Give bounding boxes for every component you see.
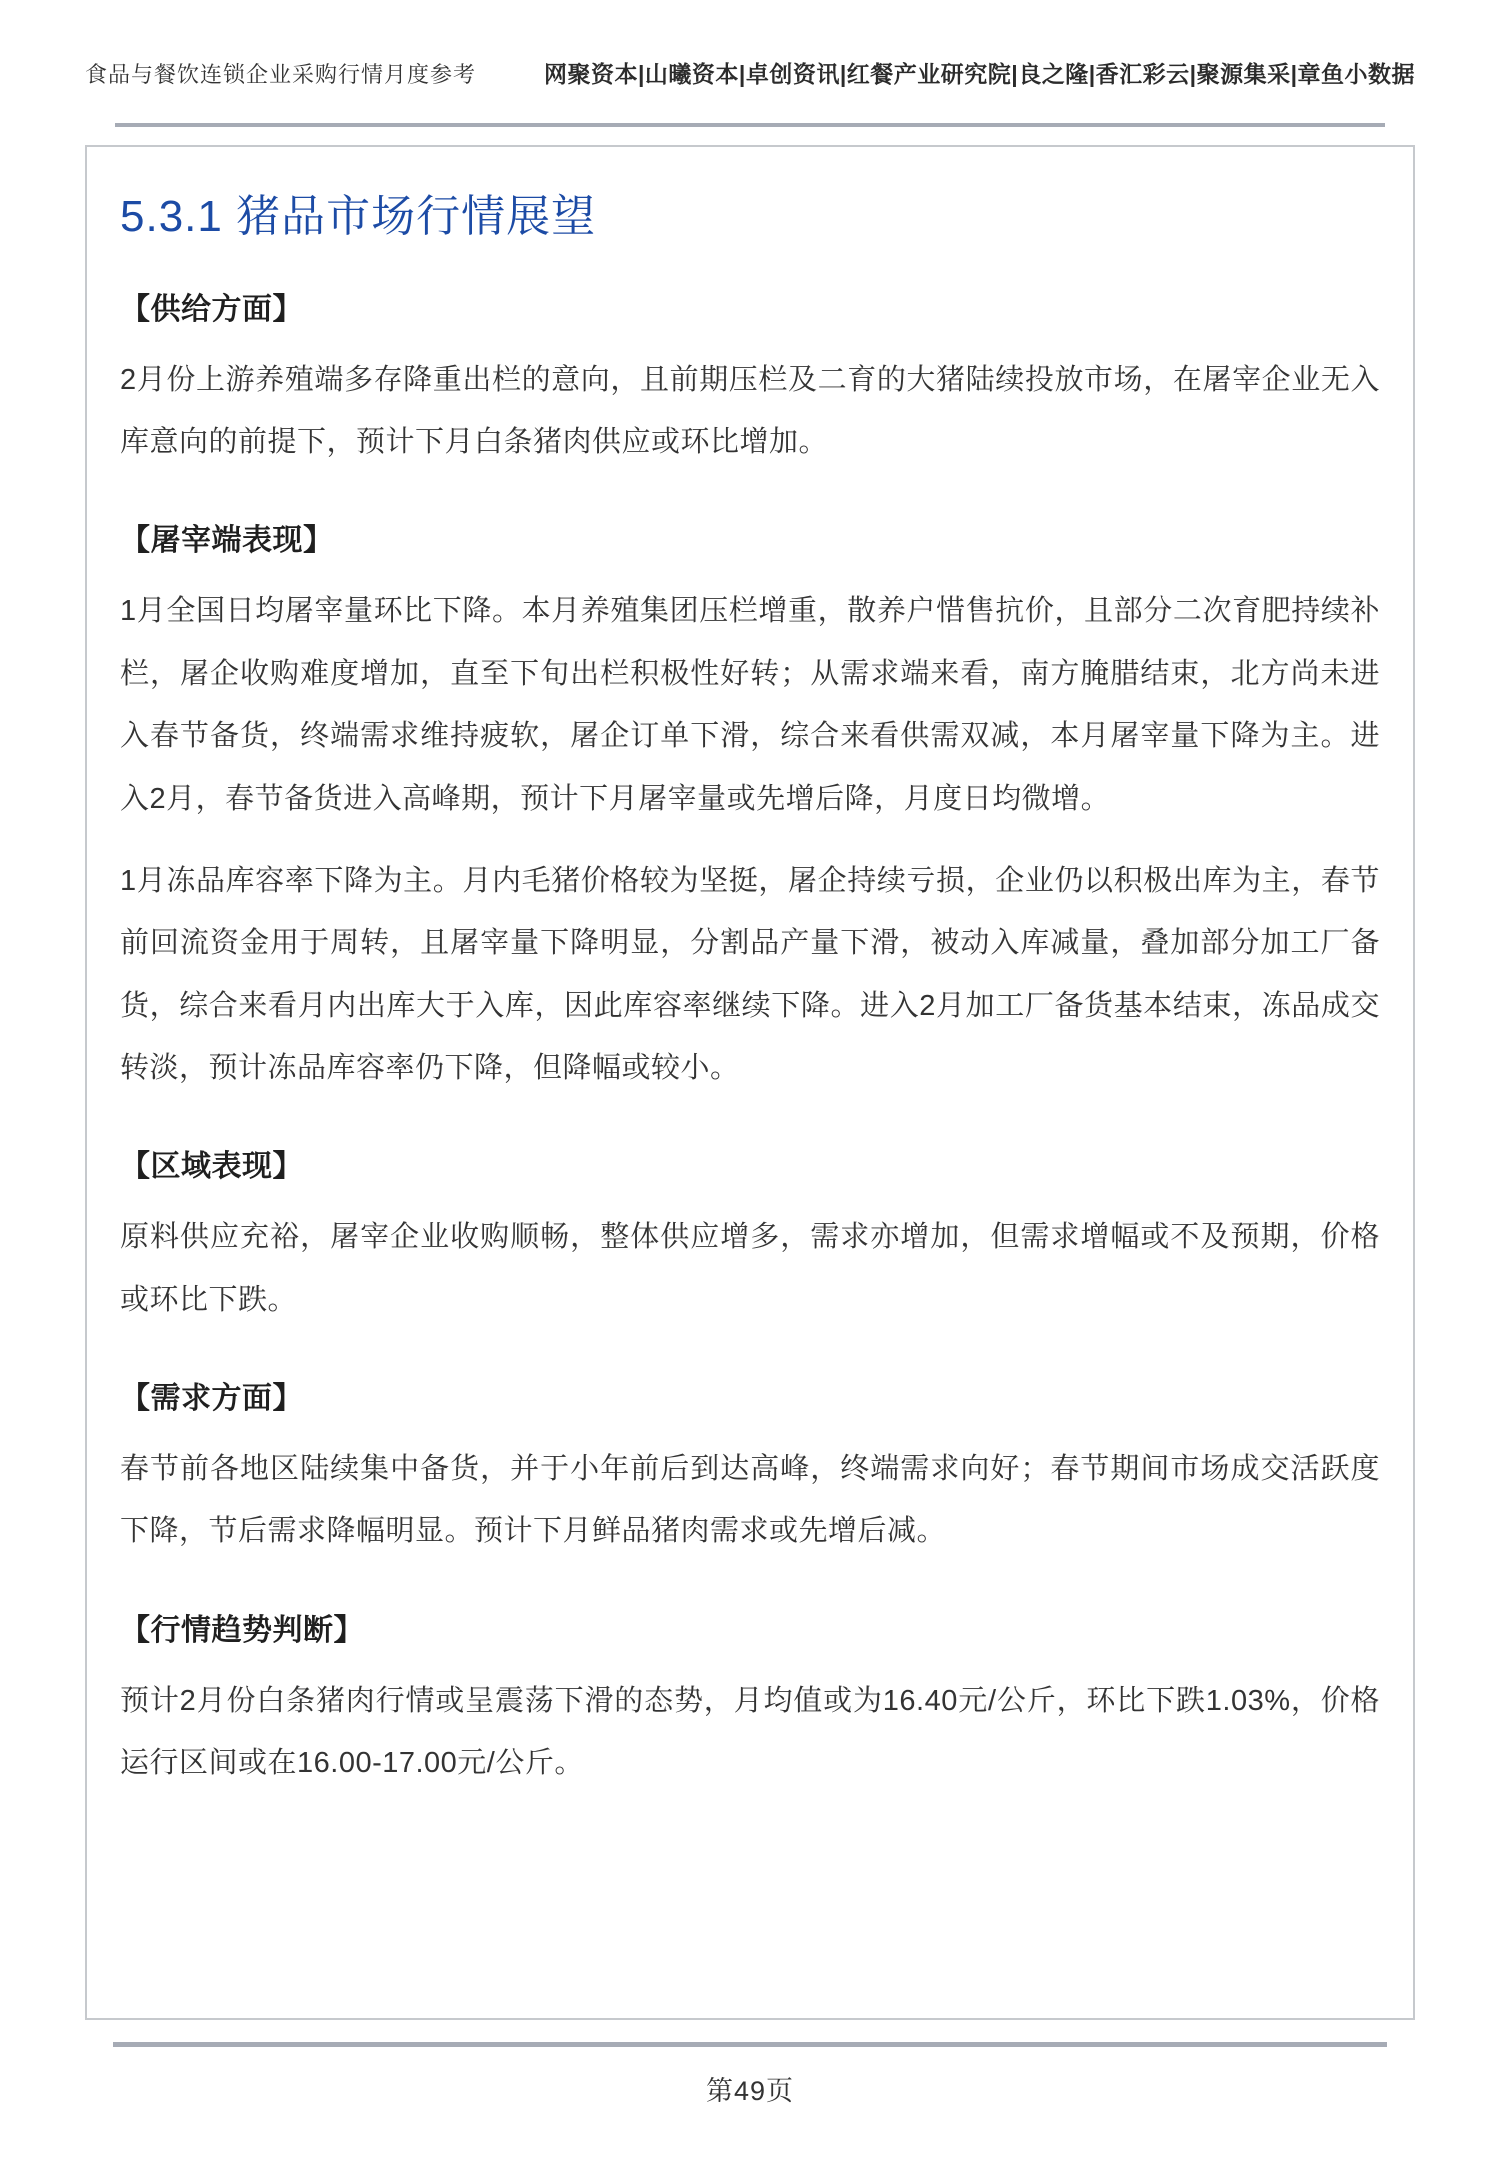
paragraph: 1月全国日均屠宰量环比下降。本月养殖集团压栏增重，散养户惜售抗价，且部分二次育肥… [120, 580, 1380, 829]
section-supply: 【供给方面】 2月份上游养殖端多存降重出栏的意向，且前期压栏及二育的大猪陆续投放… [120, 290, 1380, 474]
report-page: 食品与餐饮连锁企业采购行情月度参考 网聚资本|山曦资本|卓创资讯|红餐产业研究院… [0, 0, 1500, 2167]
section-heading-supply: 【供给方面】 [120, 290, 1380, 329]
section-heading-region: 【区域表现】 [120, 1147, 1380, 1186]
section-heading-demand: 【需求方面】 [120, 1379, 1380, 1418]
section-slaughter: 【屠宰端表现】 1月全国日均屠宰量环比下降。本月养殖集团压栏增重，散养户惜售抗价… [120, 521, 1380, 1099]
header-divider [115, 123, 1385, 127]
section-demand: 【需求方面】 春节前各地区陆续集中备货，并于小年前后到达高峰，终端需求向好；春节… [120, 1379, 1380, 1563]
report-name-header: 食品与餐饮连锁企业采购行情月度参考 [85, 58, 476, 89]
page-footer: 第49页 [0, 2069, 1500, 2108]
footer-divider [113, 2042, 1387, 2047]
section-region: 【区域表现】 原料供应充裕，屠宰企业收购顺畅，整体供应增多，需求亦增加，但需求增… [120, 1147, 1380, 1331]
section-trend: 【行情趋势判断】 预计2月份白条猪肉行情或呈震荡下滑的态势，月均值或为16.40… [120, 1611, 1380, 1795]
section-heading-trend: 【行情趋势判断】 [120, 1611, 1380, 1650]
paragraph: 春节前各地区陆续集中备货，并于小年前后到达高峰，终端需求向好；春节期间市场成交活… [120, 1438, 1380, 1563]
page-title: 5.3.1 猪品市场行情展望 [120, 191, 1380, 244]
content-box: 5.3.1 猪品市场行情展望 【供给方面】 2月份上游养殖端多存降重出栏的意向，… [85, 145, 1415, 2020]
page-header: 食品与餐饮连锁企业采购行情月度参考 网聚资本|山曦资本|卓创资讯|红餐产业研究院… [0, 0, 1500, 89]
page-number: 第49页 [706, 2076, 794, 2106]
section-heading-slaughter: 【屠宰端表现】 [120, 521, 1380, 560]
paragraph: 原料供应充裕，屠宰企业收购顺畅，整体供应增多，需求亦增加，但需求增幅或不及预期，… [120, 1206, 1380, 1331]
paragraph: 预计2月份白条猪肉行情或呈震荡下滑的态势，月均值或为16.40元/公斤，环比下跌… [120, 1670, 1380, 1795]
paragraph: 1月冻品库容率下降为主。月内毛猪价格较为坚挺，屠企持续亏损，企业仍以积极出库为主… [120, 850, 1380, 1099]
brand-list-header: 网聚资本|山曦资本|卓创资讯|红餐产业研究院|良之隆|香汇彩云|聚源集采|章鱼小… [544, 56, 1415, 89]
paragraph: 2月份上游养殖端多存降重出栏的意向，且前期压栏及二育的大猪陆续投放市场，在屠宰企… [120, 349, 1380, 474]
